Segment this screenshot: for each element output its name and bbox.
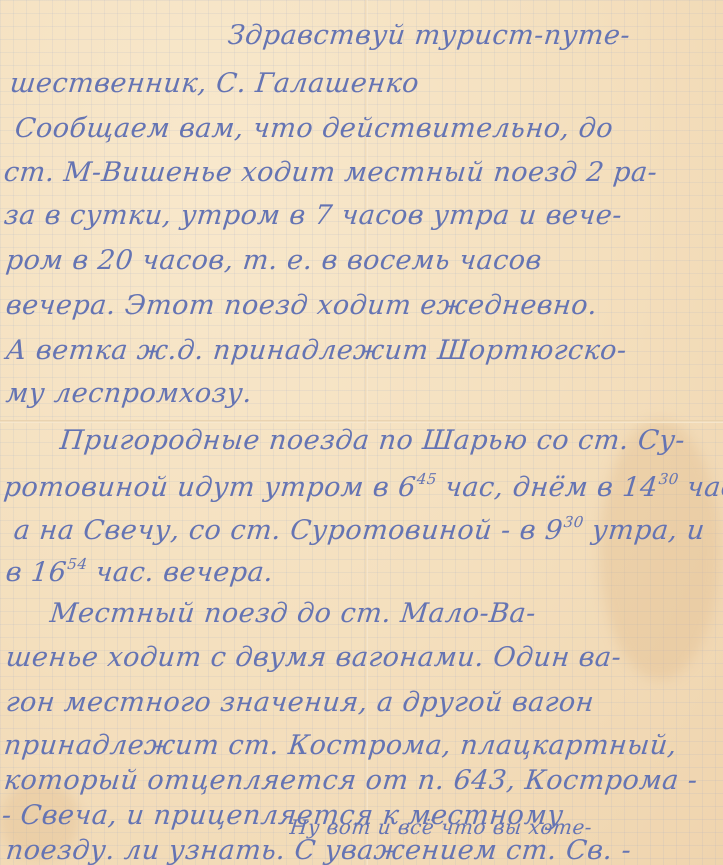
letter-line: Сообщаем вам, что действительно, до — [13, 113, 723, 144]
letter-line: Местный поезд до ст. Мало-Ва- — [48, 598, 723, 629]
letter-line: поезду. ли узнать. С уважением ст. Св. - — [4, 835, 723, 865]
line-text: гон местного значения, а другой вагон — [4, 687, 595, 718]
line-text: Пригородные поезда по Шарью со ст. Су- — [58, 425, 686, 456]
line-text: ст. М-Вишенье ходит местный поезд 2 ра- — [2, 157, 659, 188]
line-text: принадлежит ст. Кострома, плацкартный, — [2, 730, 678, 761]
time-minutes: 30 — [563, 513, 585, 531]
line-text: му леспромхозу. — [4, 378, 253, 409]
letter-line: за в сутки, утром в 7 часов утра и вече- — [2, 200, 723, 231]
paper-stain — [600, 420, 720, 680]
line-text: А ветка ж.д. принадлежит Шортюгско- — [4, 335, 628, 366]
line-text: час., — [676, 472, 723, 503]
horizontal-fold — [0, 420, 723, 423]
line-text: который отцепляется от п. 643, Кострома … — [2, 765, 699, 796]
letter-page: Здравствуй турист-путе-шественник, С. Га… — [0, 0, 723, 865]
line-text: час. вечера. — [85, 557, 275, 588]
letter-line: А ветка ж.д. принадлежит Шортюгско- — [4, 335, 723, 366]
line-text: утра, и — [581, 515, 706, 546]
letter-line: вечера. Этот поезд ходит ежедневно. — [4, 290, 723, 321]
line-text: Сообщаем вам, что действительно, до — [13, 113, 614, 144]
letter-line: ст. М-Вишенье ходит местный поезд 2 ра- — [2, 157, 723, 188]
line-text: Местный поезд до ст. Мало-Ва- — [48, 598, 537, 629]
line-text: ром в 20 часов, т. е. в восемь часов — [4, 245, 543, 276]
time-minutes: 54 — [66, 555, 88, 573]
line-text: поезду. ли узнать. С уважением ст. Св. - — [4, 835, 633, 865]
line-text: в 16 — [4, 557, 68, 588]
letter-line: Здравствуй турист-путе- — [226, 20, 723, 51]
letter-line: шенье ходит с двумя вагонами. Один ва- — [4, 642, 723, 673]
letter-line: который отцепляется от п. 643, Кострома … — [2, 765, 723, 796]
time-minutes: 30 — [658, 470, 680, 488]
line-text: ротовиной идут утром в 6 — [2, 472, 417, 503]
letter-line: а на Свечу, со ст. Суротовиной - в 930 у… — [12, 513, 723, 546]
line-text: час, днём в 14 — [434, 472, 659, 503]
letter-line: ротовиной идут утром в 645 час, днём в 1… — [2, 470, 723, 503]
letter-line: принадлежит ст. Кострома, плацкартный, — [2, 730, 723, 761]
letter-line: ром в 20 часов, т. е. в восемь часов — [4, 245, 723, 276]
line-text: шественник, С. Галашенко — [8, 68, 420, 99]
time-minutes: 45 — [416, 470, 438, 488]
line-text: а на Свечу, со ст. Суротовиной - в 9 — [12, 515, 564, 546]
letter-line: шественник, С. Галашенко — [8, 68, 723, 99]
line-text: за в сутки, утром в 7 часов утра и вече- — [2, 200, 623, 231]
letter-line: в 1654 час. вечера. — [4, 555, 723, 588]
line-text: вечера. Этот поезд ходит ежедневно. — [4, 290, 599, 321]
letter-line: Пригородные поезда по Шарью со ст. Су- — [58, 425, 723, 456]
letter-line: гон местного значения, а другой вагон — [4, 687, 723, 718]
line-text: шенье ходит с двумя вагонами. Один ва- — [4, 642, 623, 673]
letter-line: му леспромхозу. — [4, 378, 723, 409]
line-text: Здравствуй турист-путе- — [226, 20, 631, 51]
